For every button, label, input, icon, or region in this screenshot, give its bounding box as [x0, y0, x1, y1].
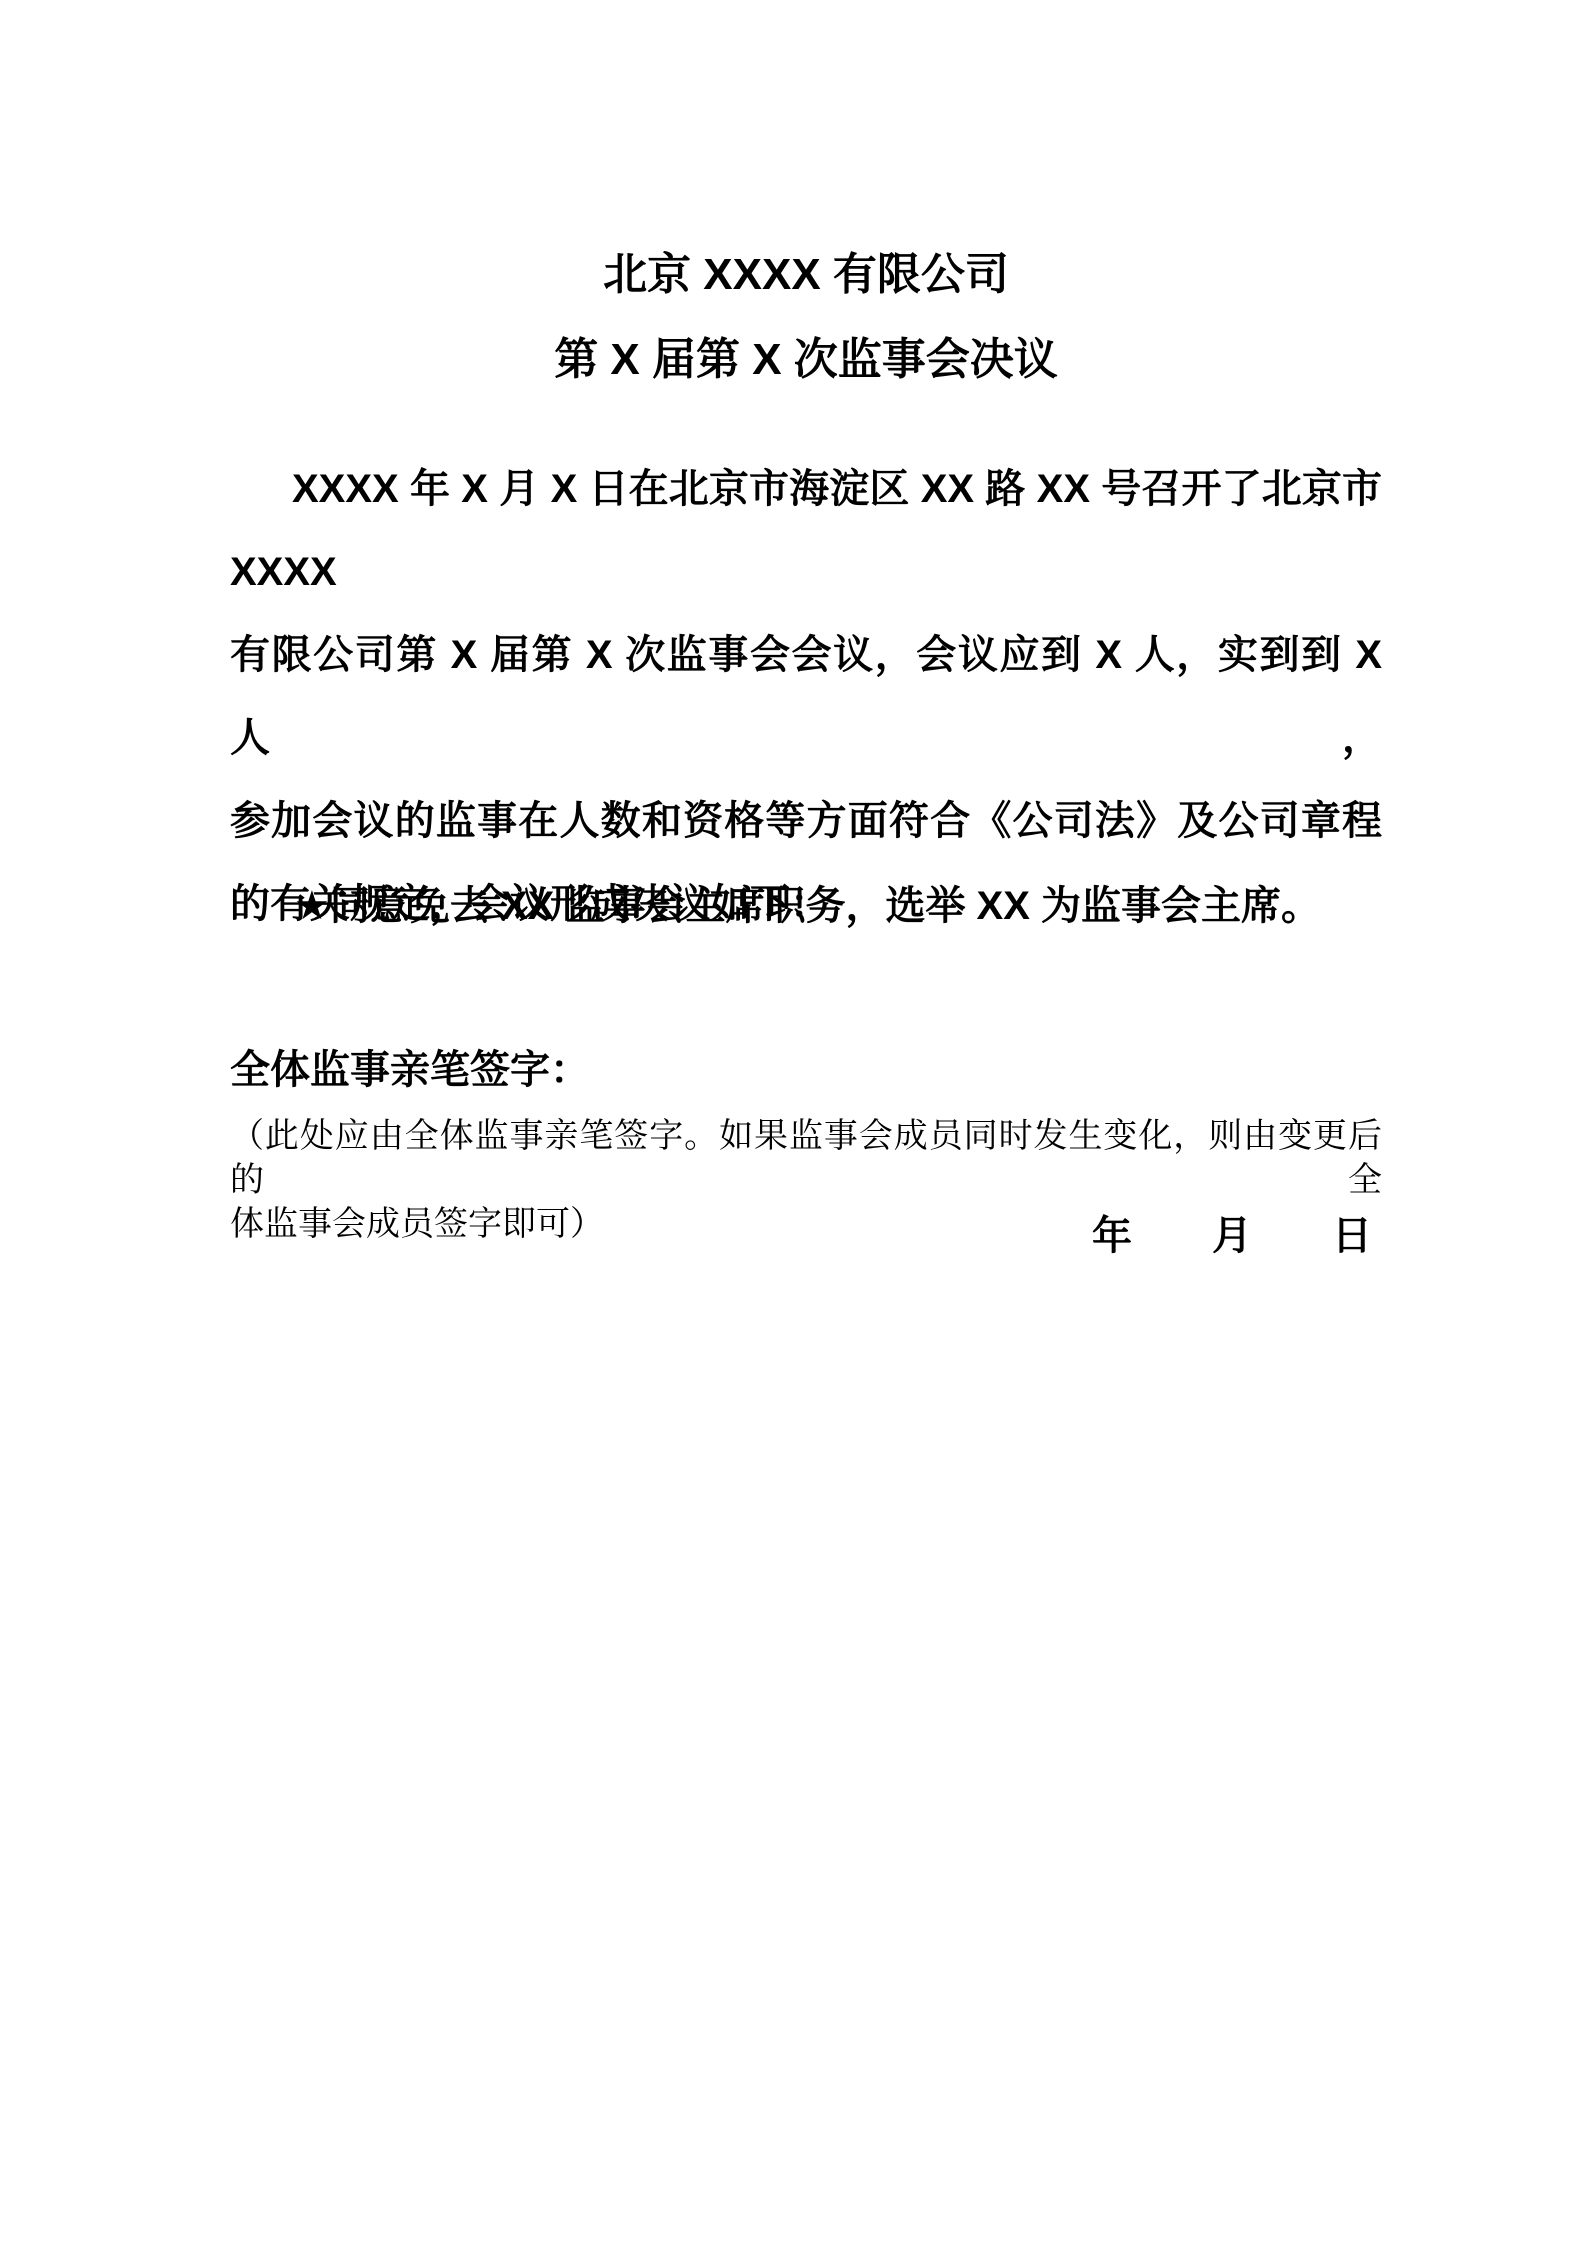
resolution-text: 同意免去 XX 监事会主席职务，选举 XX 为监事会主席。 [330, 884, 1321, 928]
paragraph-line-3: 参加会议的监事在人数和资格等方面符合《公司法》及公司章程 [230, 780, 1382, 863]
star-bullet-icon: ★ [294, 884, 330, 928]
paragraph-line-2: 有限公司第 X 届第 X 次监事会会议，会议应到 X 人，实到到 X 人， [230, 614, 1382, 780]
date-line: 年 月 日 [230, 1204, 1382, 1268]
signature-note-line-1: （此处应由全体监事亲笔签字。如果监事会成员同时发生变化，则由变更后的全 [230, 1115, 1382, 1203]
document-page: 北京 XXXX 有限公司 第 X 届第 X 次监事会决议 XXXX 年 X 月 … [0, 0, 1587, 2245]
company-title: 北京 XXXX 有限公司 [230, 233, 1382, 316]
signature-heading: 全体监事亲笔签字： [230, 1029, 1382, 1112]
resolution-title: 第 X 届第 X 次监事会决议 [230, 318, 1382, 401]
paragraph-line-1: XXXX 年 X 月 X 日在北京市海淀区 XX 路 XX 号召开了北京市 XX… [230, 448, 1382, 614]
resolution-item: ★同意免去 XX 监事会主席职务，选举 XX 为监事会主席。 [230, 865, 1382, 948]
